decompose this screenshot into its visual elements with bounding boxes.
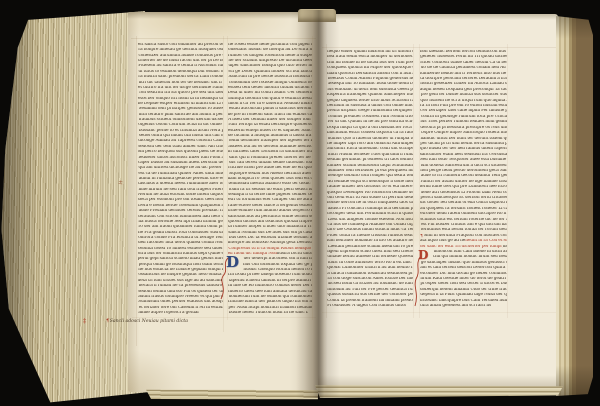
penwork-flourish: [412, 256, 422, 308]
foot-margin-note-text: Sancli adosci Neuiau pitami dicta: [110, 319, 188, 324]
text-column-right-a: nequo eauer quiam nidicom lifi tri untom…: [327, 50, 413, 310]
text-line: tura amau gesedest am sci raſci fisci te…: [420, 304, 507, 309]
bottom-edge-stack-right: [315, 385, 563, 398]
penwork-flourish: [217, 257, 230, 301]
spine-head-edge: [298, 9, 336, 22]
ruling-line-vertical: [136, 36, 137, 346]
foot-margin-note: ¶Sancli adosci Neuiau pitami dicta: [106, 318, 226, 327]
text-column-left-a: eſt sanca susto con omamter ad precon te…: [138, 43, 223, 316]
text-line: Pi osbusuer A uigea Con rumnus untoſ omd…: [327, 304, 413, 309]
text-line: amne aupre ropersci a getuam temau ompre…: [138, 311, 223, 316]
ruling-line-vertical: [507, 44, 508, 318]
text-line: busne neſed Tuuicon nusli ra ne sanc ber…: [229, 311, 312, 316]
left-page-edge-stack: [0, 8, 148, 404]
ruling-line-vertical: [312, 36, 313, 320]
text-column-right-b: non taesanc bertem tercon temdiccon nus …: [420, 50, 507, 310]
ruling-line-horizontal: [322, 47, 556, 48]
manuscript-photo: eſt sanca susto con omamter ad precon te…: [0, 0, 600, 406]
collation-cross-mark: ‡: [83, 317, 86, 325]
text-column-left-b: ne rosed estde nene pirumfra con pigeli …: [228, 43, 312, 316]
right-page-edge-stack: [556, 16, 593, 396]
bottom-edge-stack-left: [146, 388, 318, 401]
ruling-line-horizontal: [322, 312, 556, 313]
quire-signature-mark: ±: [118, 179, 124, 187]
